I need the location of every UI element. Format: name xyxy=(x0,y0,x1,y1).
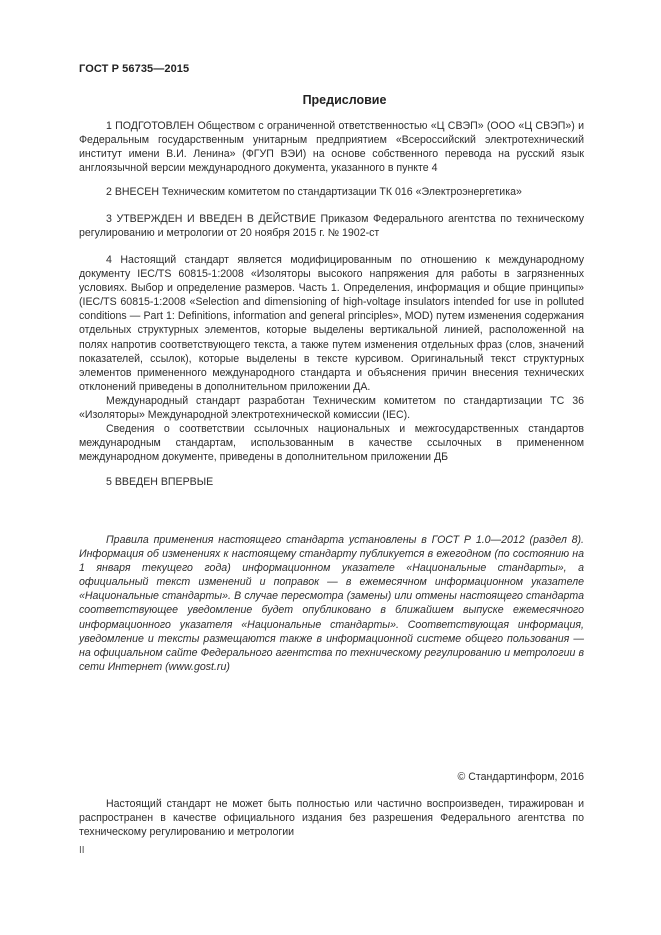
item-3-block: 3 УТВЕРЖДЕН И ВВЕДЕН В ДЕЙСТВИЕ Приказом… xyxy=(79,212,584,240)
item-1-text: 1 ПОДГОТОВЛЕН Обществом с ограниченной о… xyxy=(79,119,584,175)
item-5-text: 5 ВВЕДЕН ВПЕРВЫЕ xyxy=(79,475,584,489)
item-2-text: 2 ВНЕСЕН Техническим комитетом по станда… xyxy=(79,185,584,199)
standard-code-header: ГОСТ Р 56735—2015 xyxy=(79,63,189,75)
section-title: Предисловие xyxy=(0,93,661,107)
item-4-paragraph-2: Международный стандарт разработан Технич… xyxy=(79,394,584,422)
page-number: II xyxy=(79,845,85,856)
item-4-paragraph-1: 4 Настоящий стандарт является модифициро… xyxy=(79,253,584,394)
item-5-block: 5 ВВЕДЕН ВПЕРВЫЕ xyxy=(79,475,584,489)
copyright-notice: © Стандартинформ, 2016 xyxy=(458,771,584,783)
document-page: ГОСТ Р 56735—2015 Предисловие 1 ПОДГОТОВ… xyxy=(0,0,661,935)
usage-notice-block: Правила применения настоящего стандарта … xyxy=(79,533,584,674)
item-4-block: 4 Настоящий стандарт является модифициро… xyxy=(79,253,584,464)
usage-notice-text: Правила применения настоящего стандарта … xyxy=(79,533,584,674)
item-3-text: 3 УТВЕРЖДЕН И ВВЕДЕН В ДЕЙСТВИЕ Приказом… xyxy=(79,212,584,240)
item-1-block: 1 ПОДГОТОВЛЕН Обществом с ограниченной о… xyxy=(79,119,584,175)
reproduction-notice-text: Настоящий стандарт не может быть полност… xyxy=(79,797,584,839)
item-4-paragraph-3: Сведения о соответствии ссылочных национ… xyxy=(79,422,584,464)
reproduction-notice-block: Настоящий стандарт не может быть полност… xyxy=(79,797,584,839)
item-2-block: 2 ВНЕСЕН Техническим комитетом по станда… xyxy=(79,185,584,199)
